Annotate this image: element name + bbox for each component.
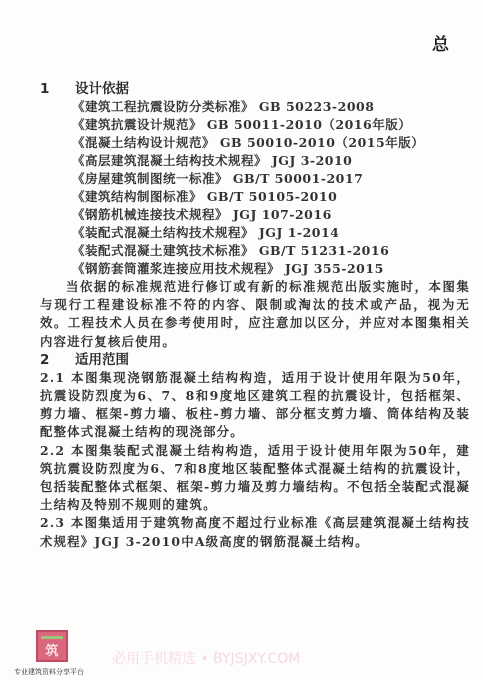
standard-item: 《房屋建筑制图统一标准》 GB/T 50001-2017 (40, 170, 470, 188)
standard-item: 《装配式混凝土结构技术规程》 JGJ 1-2014 (40, 224, 470, 242)
revision-note: 当依据的标准规范进行修订或有新的标准规范出版实施时，本图集与现行工程建设标准不符… (40, 278, 470, 351)
standard-item: 《混凝土结构设计规范》 GB 50010-2010（2015年版） (40, 134, 470, 152)
scope-item: 2.1 本图集现浇钢筋混凝土结构构造，适用于设计使用年限为50年，抗震设防烈度为… (40, 369, 470, 442)
document-body: 1 设计依据 《建筑工程抗震设防分类标准》 GB 50223-2008 《建筑抗… (40, 80, 470, 551)
standard-item: 《钢筋机械连接技术规程》 JGJ 107-2016 (40, 206, 470, 224)
section-number: 2 (40, 351, 75, 369)
section-heading-design-basis: 1 设计依据 (40, 80, 470, 98)
scope-item: 2.2 本图集装配式混凝土结构构造，适用于设计使用年限为50年，建筑抗震设防烈度… (40, 442, 470, 515)
publisher-caption: 专业建筑资料分享平台 (14, 667, 84, 677)
section-heading-scope: 2 适用范围 (40, 351, 470, 369)
standards-list: 《建筑工程抗震设防分类标准》 GB 50223-2008 《建筑抗震设计规范》 … (40, 98, 470, 278)
scope-item: 2.3 本图集适用于建筑物高度不超过行业标准《高层建筑混凝土结构技术规程》JGJ… (40, 514, 470, 550)
standard-item: 《高层建筑混凝土结构技术规程》 JGJ 3-2010 (40, 152, 470, 170)
publisher-logo-icon: 筑 (36, 630, 68, 662)
standard-item: 《建筑结构制图标准》 GB/T 50105-2010 (40, 188, 470, 206)
logo-glyph: 筑 (38, 640, 66, 659)
standard-item: 《建筑工程抗震设防分类标准》 GB 50223-2008 (40, 98, 470, 116)
standard-item: 《建筑抗震设计规范》 GB 50011-2010（2016年版） (40, 116, 470, 134)
standard-item: 《装配式混凝土建筑技术标准》 GB/T 51231-2016 (40, 242, 470, 260)
section-title: 适用范围 (75, 351, 129, 369)
standard-item: 《钢筋套筒灌浆连接应用技术规程》 JGJ 355-2015 (40, 260, 470, 278)
logo-bar (41, 636, 63, 639)
section-number: 1 (40, 80, 75, 98)
watermark: 必用手机精选 • BYJSJXY.COM (112, 648, 300, 668)
page-title: 总 说 (432, 30, 483, 55)
section-title: 设计依据 (75, 80, 129, 98)
